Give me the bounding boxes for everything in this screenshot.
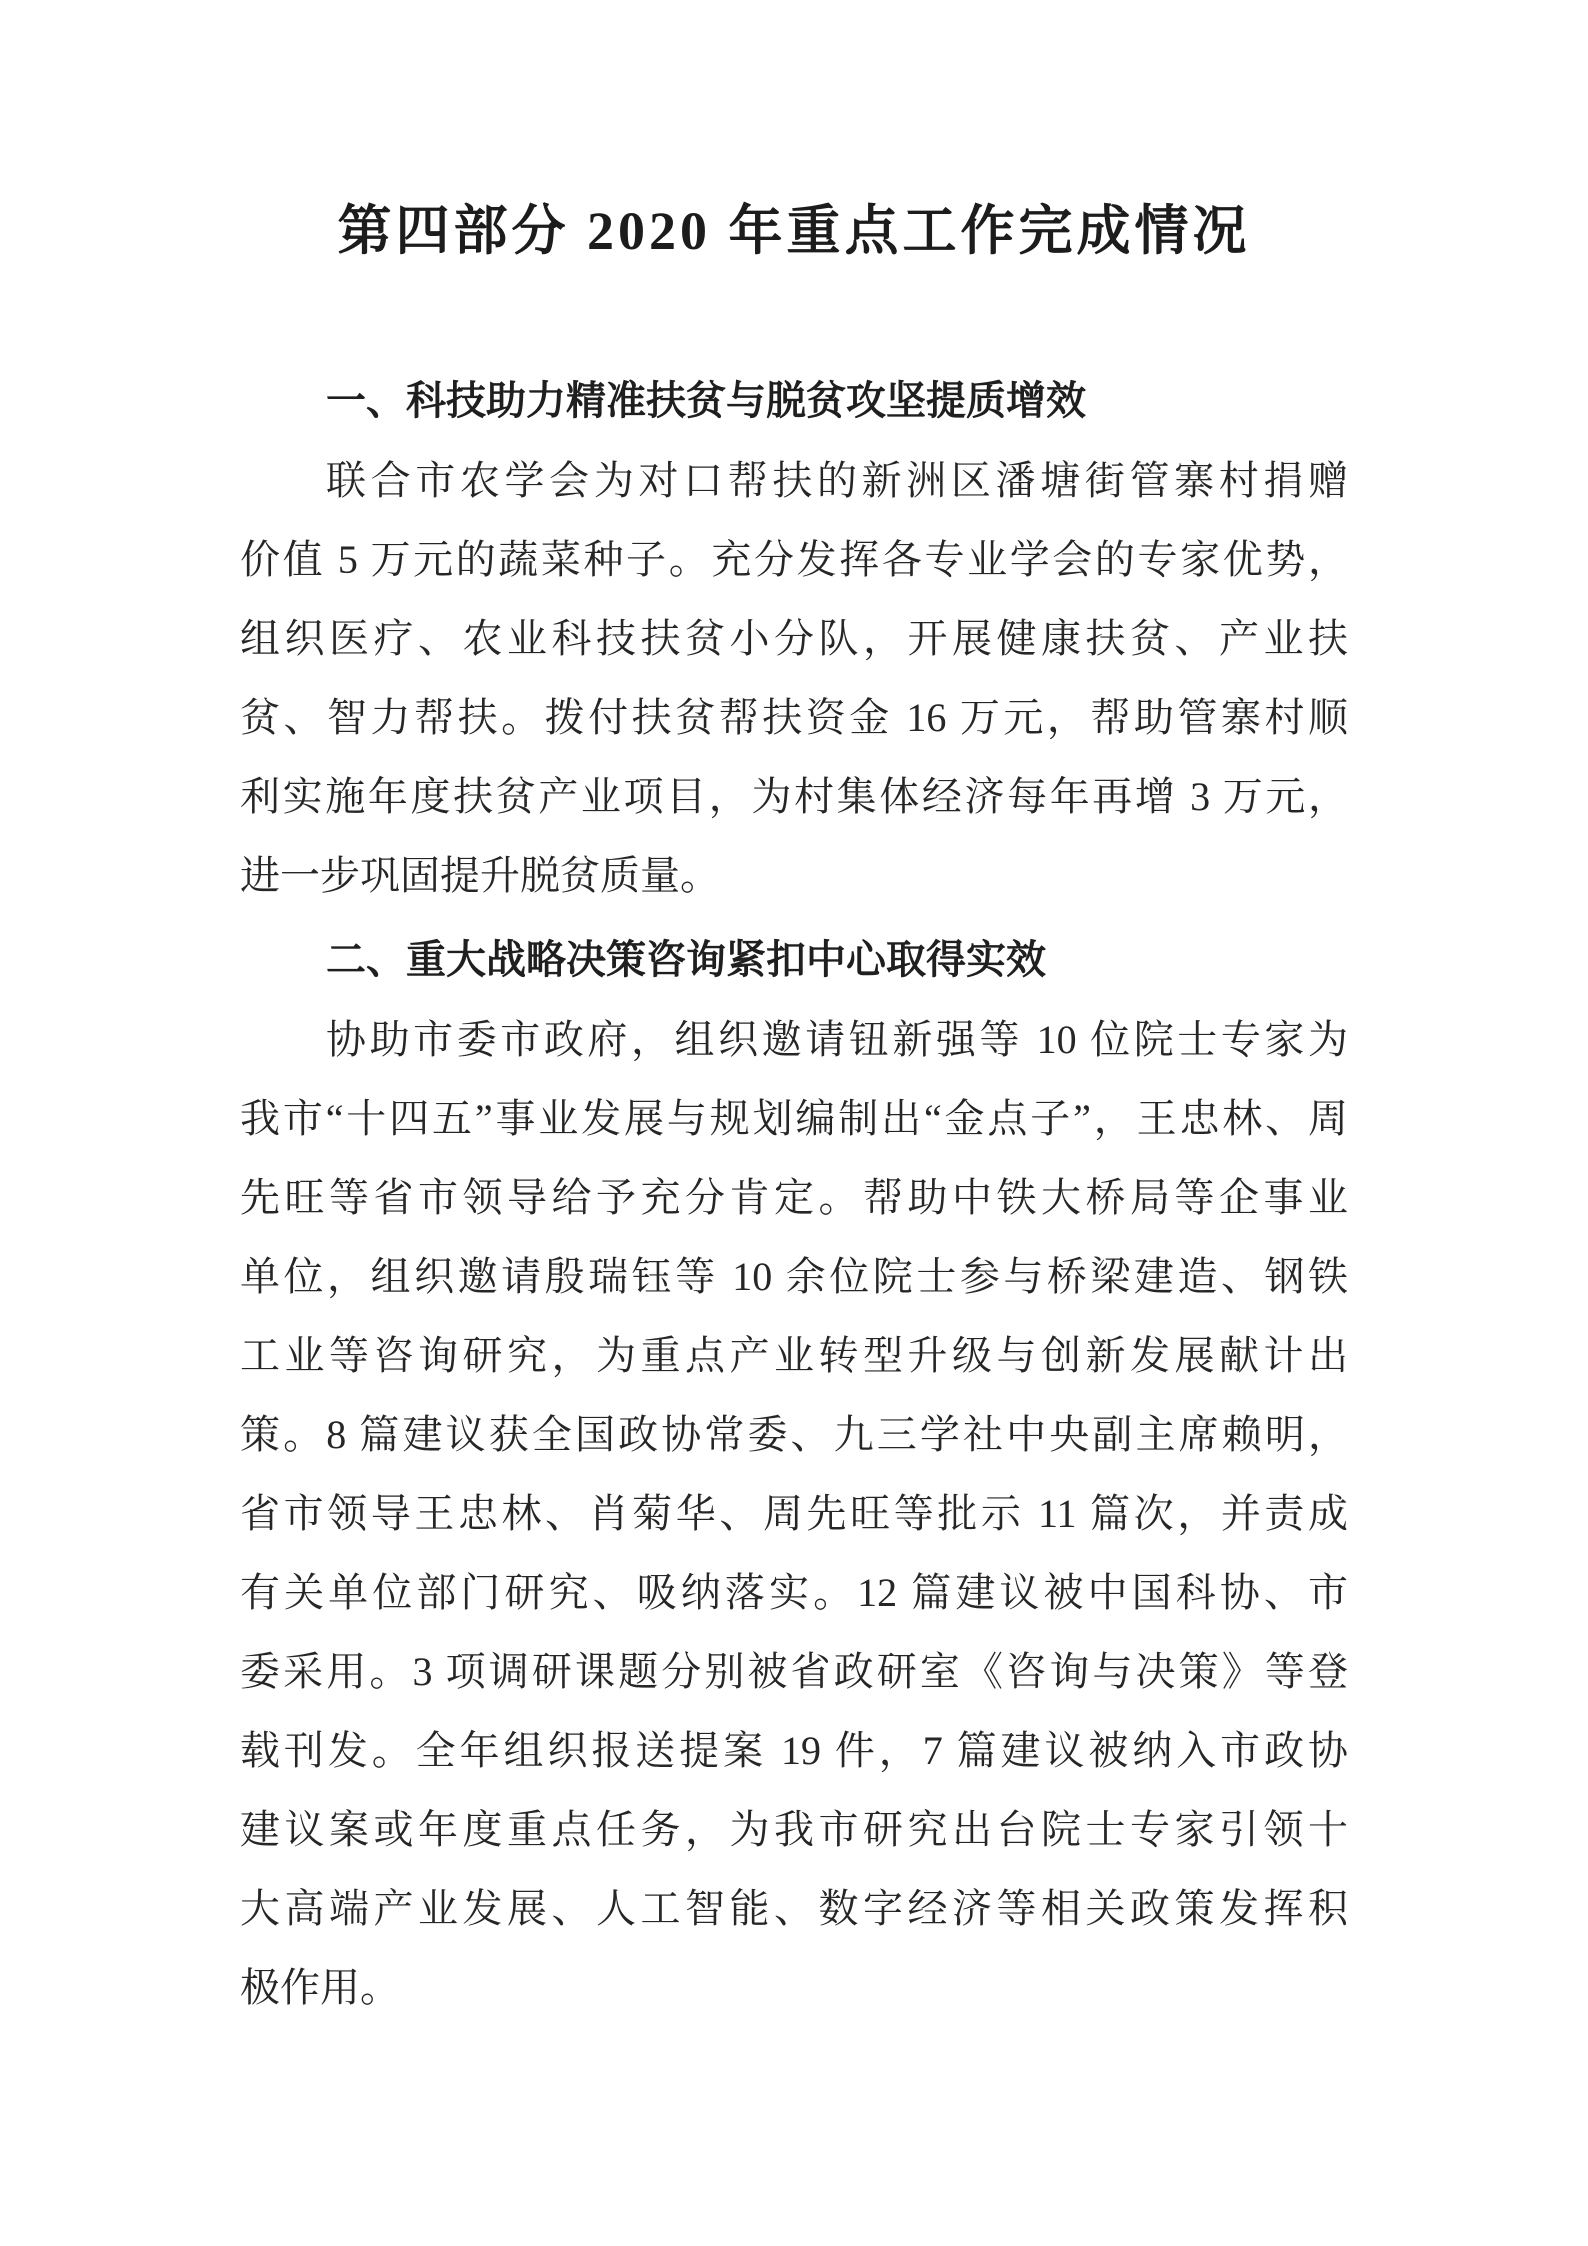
text-line: 有关单位部门研究、吸纳落实。12 篇建议被中国科协、市 <box>240 1553 1348 1632</box>
text-line: 载刊发。全年组织报送提案 19 件，7 篇建议被纳入市政协 <box>240 1711 1348 1790</box>
text-line: 进一步巩固提升脱贫质量。 <box>240 836 1348 915</box>
text-line: 单位，组织邀请殷瑞钰等 10 余位院士参与桥梁建造、钢铁 <box>240 1237 1348 1316</box>
text-line: 极作用。 <box>240 1948 1348 2027</box>
text-line: 先旺等省市领导给予充分肯定。帮助中铁大桥局等企事业 <box>240 1158 1348 1237</box>
section-1-heading: 一、科技助力精准扶贫与脱贫攻坚提质增效 <box>240 362 1348 441</box>
document-title: 第四部分 2020 年重点工作完成情况 <box>240 196 1348 266</box>
text-line: 委采用。3 项调研课题分别被省政研室《咨询与决策》等登 <box>240 1632 1348 1711</box>
text-line: 贫、智力帮扶。拨付扶贫帮扶资金 16 万元，帮助管寨村顺 <box>240 678 1348 757</box>
section-1: 一、科技助力精准扶贫与脱贫攻坚提质增效 联合市农学会为对口帮扶的新洲区潘塘街管寨… <box>240 362 1348 915</box>
text-line: 建议案或年度重点任务，为我市研究出台院士专家引领十 <box>240 1790 1348 1869</box>
text-line: 价值 5 万元的蔬菜种子。充分发挥各专业学会的专家优势， <box>240 520 1348 599</box>
document-page: 第四部分 2020 年重点工作完成情况 一、科技助力精准扶贫与脱贫攻坚提质增效 … <box>0 0 1588 2246</box>
text-line: 策。8 篇建议获全国政协常委、九三学社中央副主席赖明， <box>240 1395 1348 1474</box>
section-2-heading: 二、重大战略决策咨询紧扣中心取得实效 <box>240 921 1348 1000</box>
text-line: 工业等咨询研究，为重点产业转型升级与创新发展献计出 <box>240 1316 1348 1395</box>
section-2: 二、重大战略决策咨询紧扣中心取得实效 协助市委市政府，组织邀请钮新强等 10 位… <box>240 921 1348 2027</box>
text-line: 组织医疗、农业科技扶贫小分队，开展健康扶贫、产业扶 <box>240 599 1348 678</box>
text-line: 联合市农学会为对口帮扶的新洲区潘塘街管寨村捐赠 <box>240 441 1348 520</box>
text-line: 协助市委市政府，组织邀请钮新强等 10 位院士专家为 <box>240 1000 1348 1079</box>
text-line: 我市“十四五”事业发展与规划编制出“金点子”，王忠林、周 <box>240 1079 1348 1158</box>
text-line: 利实施年度扶贫产业项目，为村集体经济每年再增 3 万元， <box>240 757 1348 836</box>
text-line: 大高端产业发展、人工智能、数字经济等相关政策发挥积 <box>240 1869 1348 1948</box>
text-line: 省市领导王忠林、肖菊华、周先旺等批示 11 篇次，并责成 <box>240 1474 1348 1553</box>
